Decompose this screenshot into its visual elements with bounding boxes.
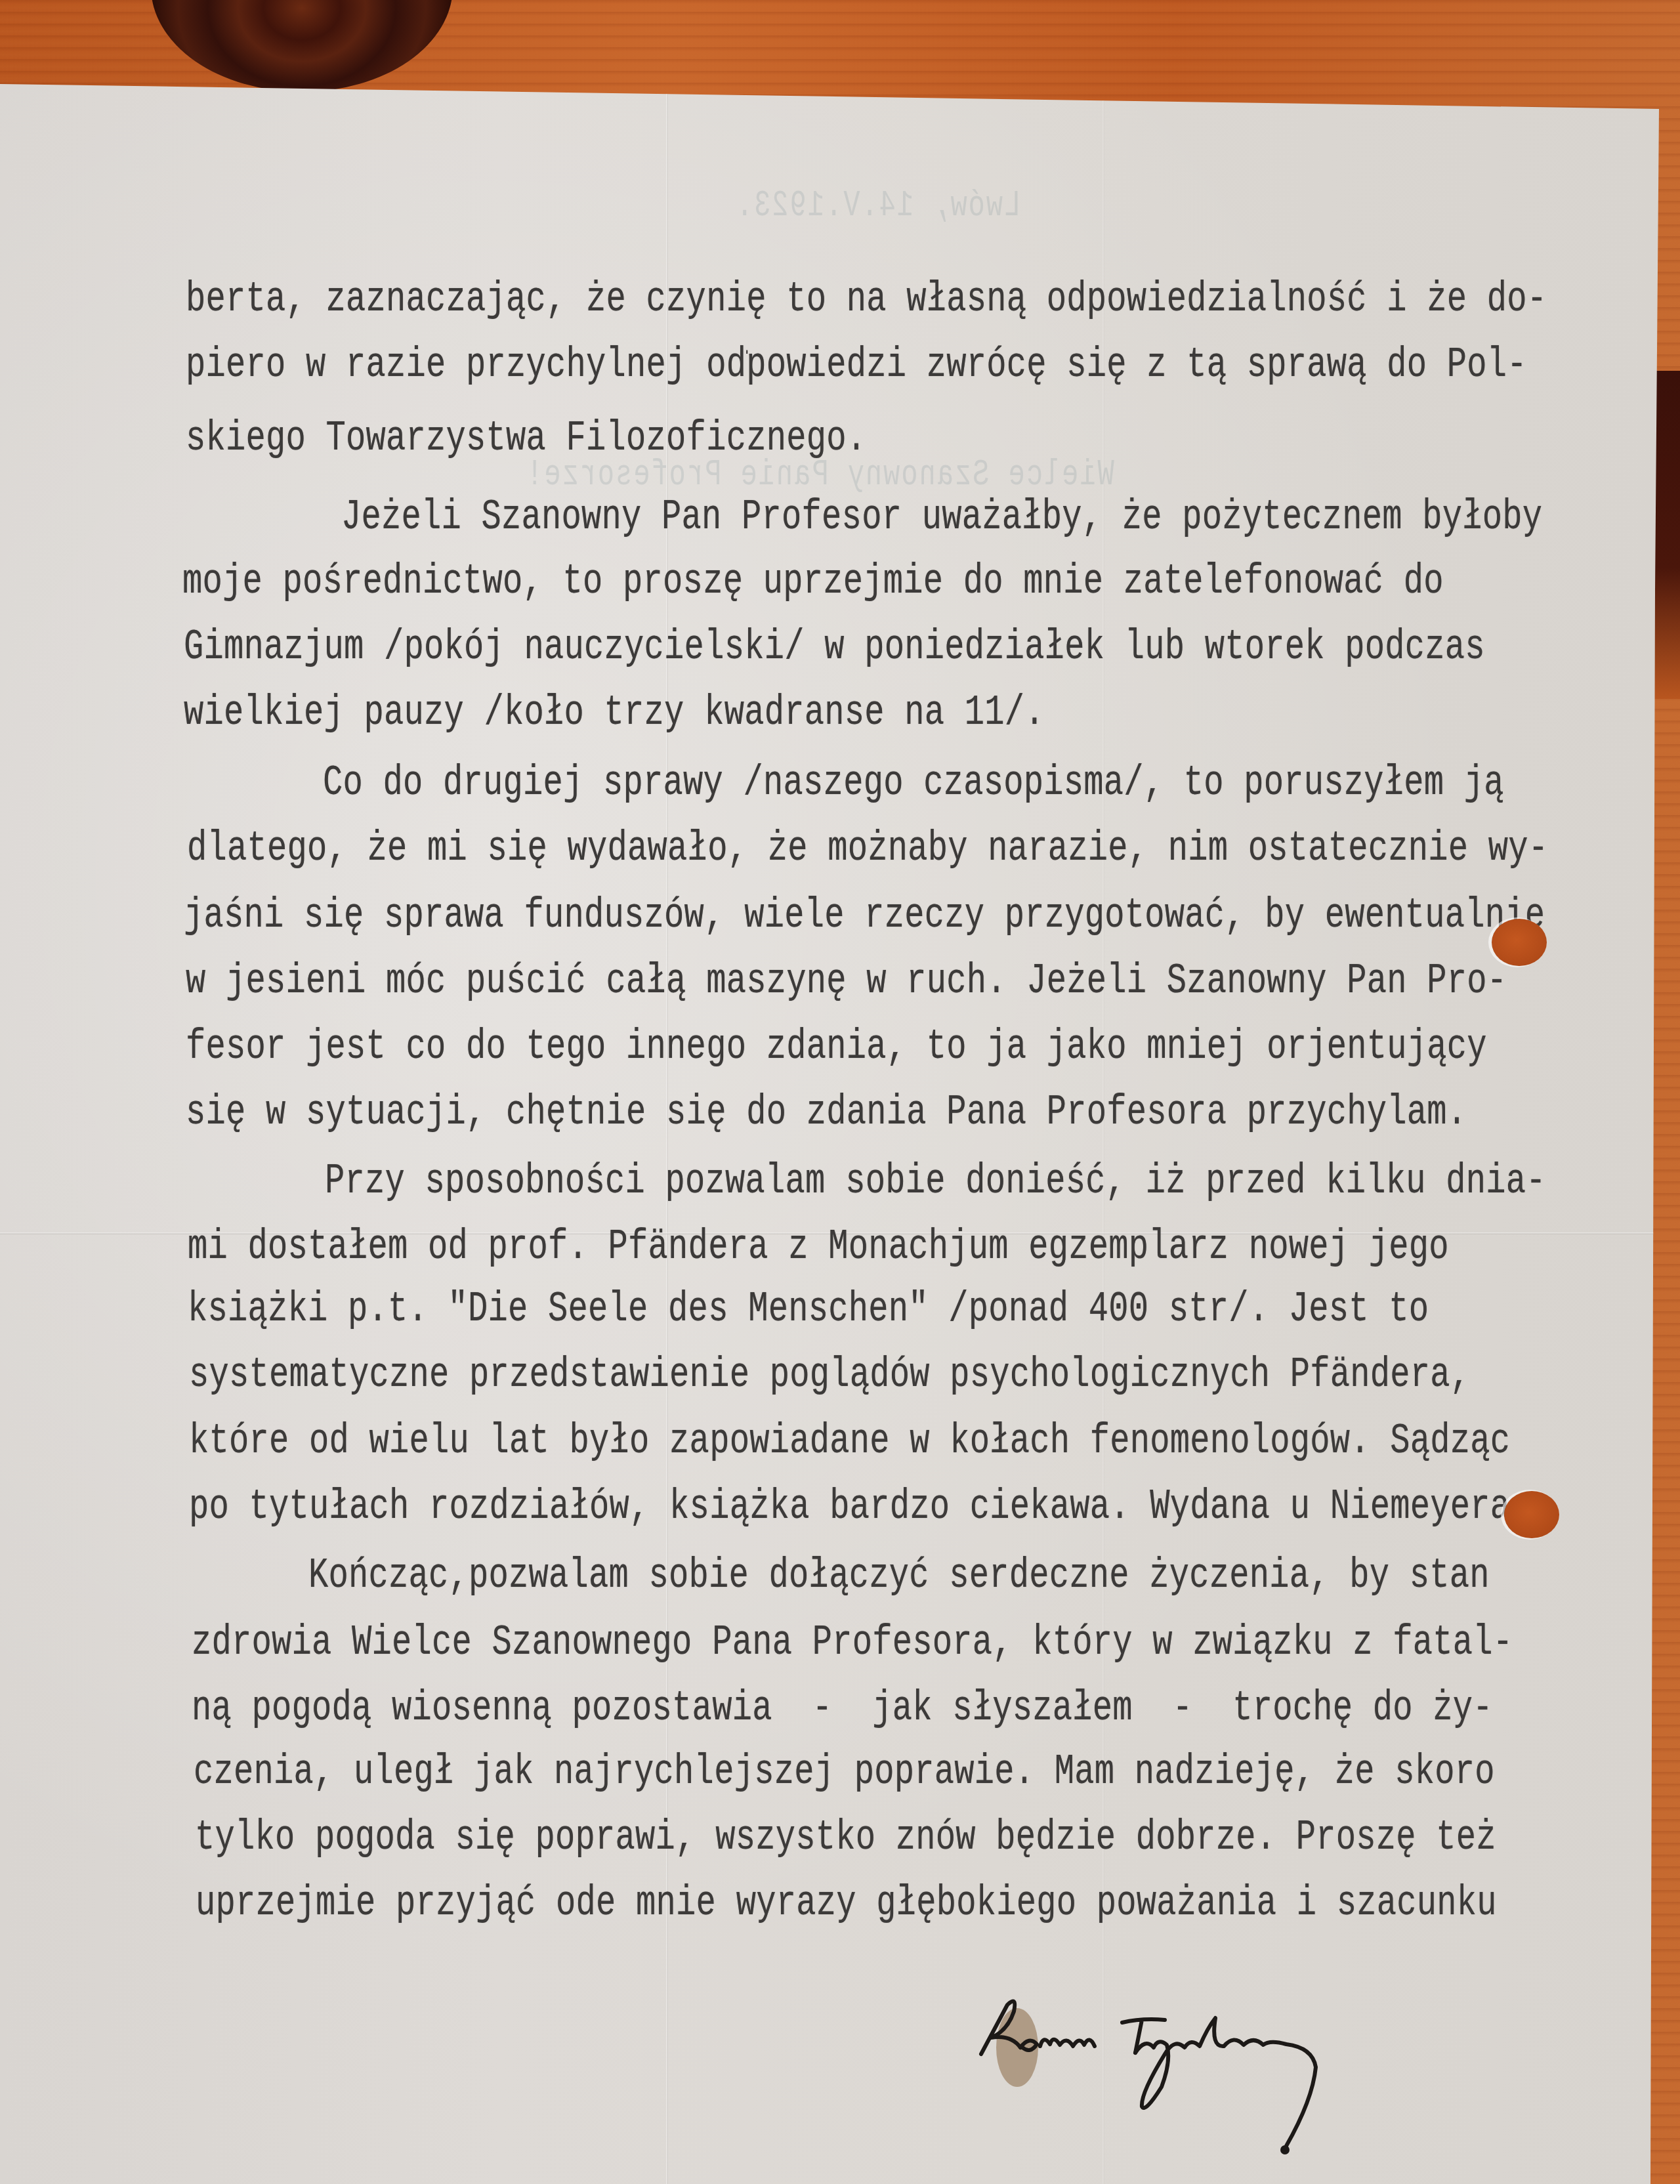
body-line: systematyczne przedstawienie poglądów ps… <box>189 1354 1470 1398</box>
body-line: mi dostałem od prof. Pfändera z Monachju… <box>188 1227 1449 1270</box>
paragraph-start-line: Co do drugiej sprawy /naszego czasopisma… <box>323 763 1504 806</box>
body-line: fesor jest co do tego innego zdania, to … <box>186 1026 1487 1070</box>
body-line: wielkiej pauzy /koło trzy kwadranse na 1… <box>184 692 1045 736</box>
letter-page: Lwów, 14.V.1923. Wielce Szanowny Panie P… <box>0 0 1659 2184</box>
wood-grain-dark <box>1654 371 1680 699</box>
body-line: czenia, uległ jak najrychlejszej poprawi… <box>194 1752 1495 1795</box>
hole-punch <box>1504 1491 1559 1538</box>
body-line: po tytułach rozdziałów, książka bardzo c… <box>189 1486 1510 1530</box>
body-line: książki p.t. "Die Seele des Menschen" /p… <box>188 1289 1429 1332</box>
body-line: które od wielu lat było zapowiadane w ko… <box>189 1421 1510 1464</box>
paragraph-start-line: Kończąc,pozwalam sobie dołączyć serdeczn… <box>308 1555 1490 1599</box>
body-line: tylko pogoda się poprawi, wszystko znów … <box>195 1817 1496 1860</box>
body-line: piero w razie przychylnej odpowiedzi zwr… <box>186 345 1527 388</box>
body-line: w jesieni móc puścić całą maszynę w ruch… <box>186 961 1507 1004</box>
handwritten-signature <box>945 1982 1444 2179</box>
body-line: uprzejmie przyjąć ode mnie wyrazy głębok… <box>196 1883 1497 1926</box>
bleed-through-date: Lwów, 14.V.1923. <box>735 186 1020 226</box>
paragraph-start-line: Jeżeli Szanowny Pan Profesor uważałby, ż… <box>341 497 1542 540</box>
body-line: zdrowia Wielce Szanownego Pana Profesora… <box>192 1622 1513 1666</box>
body-line: ną pogodą wiosenną pozostawia - jak słys… <box>192 1688 1493 1731</box>
body-line: Gimnazjum /pokój nauczycielski/ w ponied… <box>184 627 1485 670</box>
body-line: berta, zaznaczając, że czynię to na włas… <box>186 279 1547 322</box>
body-line: jaśni się sprawa funduszów, wiele rzeczy… <box>184 895 1545 938</box>
ink-correction-mark: ˌ <box>740 331 753 356</box>
body-line: skiego Towarzystwa Filozoficznego. <box>186 418 866 461</box>
wood-knot <box>151 0 453 92</box>
body-line: moje pośrednictwo, to proszę uprzejmie d… <box>182 561 1444 604</box>
paragraph-start-line: Przy sposobności pozwalam sobie donieść,… <box>325 1161 1546 1204</box>
hole-punch <box>1492 919 1547 966</box>
body-line: dlatego, że mi się wydawało, że możnaby … <box>187 828 1548 871</box>
body-line: się w sytuacji, chętnie się do zdania Pa… <box>186 1092 1467 1135</box>
